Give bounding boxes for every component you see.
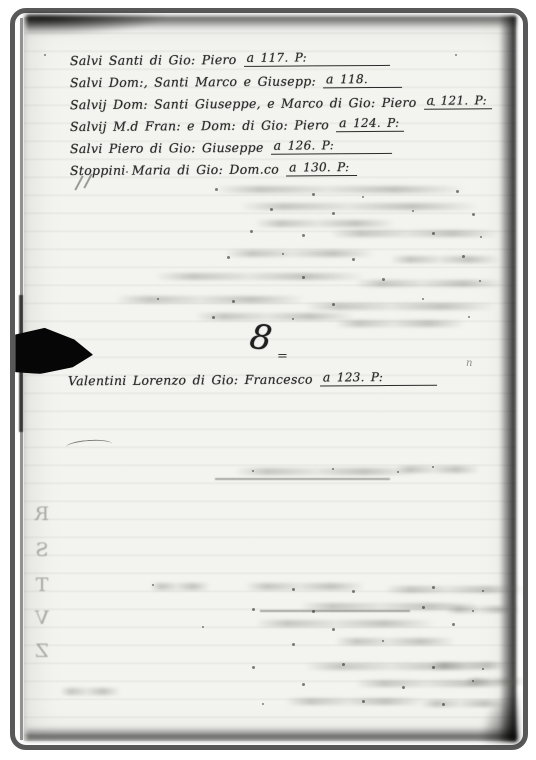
margin-tab-letter: T [32,574,52,596]
section-flourish-equals: = [277,349,288,364]
bleedthrough-smudge [245,583,365,590]
ink-speck [227,256,230,259]
bleedthrough-smudge [355,280,505,287]
ink-speck [292,318,294,320]
entry-page-ref: a 126. P: [271,137,339,154]
bleedthrough-smudge [215,186,465,193]
ink-speck [215,188,218,191]
ink-speck [332,303,335,306]
ink-speck [402,686,405,689]
bleedthrough-smudge [240,203,480,210]
ink-speck [352,590,355,593]
entry-number: 123. P: [337,370,383,384]
ink-speck [456,190,459,193]
entry-number: 117. P: [261,50,307,64]
entry-page-ref: a 121. P: [423,92,491,109]
ink-speck [302,683,305,686]
bleedthrough-smudge [225,250,375,257]
entry-name: Stoppini Maria di Gio: Dom.co [70,161,286,178]
ink-speck [412,210,414,212]
ink-speck [452,623,455,626]
register-entry: Salvij M.d Fran: e Dom: di Gio: Piero a … [70,115,372,134]
bleedthrough-smudge [155,273,365,280]
bleedthrough-smudge [465,678,525,685]
entry-page-ref: a 118. [323,71,373,88]
ink-speck [352,258,355,261]
entry-a: a [326,71,334,86]
ink-speck [472,680,474,682]
bleedthrough-line [215,478,390,480]
entry-number: 124. P: [353,116,399,130]
ink-speck [282,253,284,255]
ink-speck [250,230,253,233]
ink-speck [432,666,435,669]
entry-name: Salvi Piero di Gio: Giuseppe [70,140,271,156]
binding-dark-segment [19,372,23,432]
bleedthrough-smudge [255,220,395,227]
entry-number: 121. P: [441,93,487,107]
bleedthrough-smudge [255,620,435,627]
ink-speck [432,232,435,235]
ink-speck [472,610,474,612]
ink-speck [292,588,295,591]
ink-speck [468,316,470,318]
ink-speck [232,300,235,303]
entry-rule-line [354,175,357,176]
ink-speck [362,196,364,198]
entry-name: Salvij Dom: Santi Giuseppe, e Marco di G… [70,95,424,112]
bleedthrough-smudge [60,688,120,695]
bleedthrough-smudge [335,320,465,327]
register-entry: Salvi Piero di Gio: Giuseppe a 126. P: [70,137,392,156]
ink-speck [292,643,295,646]
ink-speck [212,316,215,319]
scanned-manuscript-page: Salvi Santi di Gio: Piero a 117. P: Salv… [0,0,536,760]
ink-speck [332,628,335,631]
entry-page-ref: a 117. P: [244,49,312,66]
stray-ink-mark: n [466,358,472,369]
entry-page-ref: a 130. P: [286,159,354,176]
ink-speck [312,610,315,613]
ink-speck [252,608,255,611]
bleedthrough-smudge [195,313,355,320]
ink-speck [479,280,481,282]
ink-speck [442,703,445,706]
entry-a: a [323,369,331,384]
ink-speck [432,586,435,589]
ink-speck [202,626,204,628]
bleedthrough-line [260,610,410,612]
ink-speck [362,700,365,703]
entry-name: Salvij M.d Fran: e Dom: di Gio: Piero [70,117,336,134]
bleedthrough-smudge [330,230,500,237]
ink-speck [397,471,399,473]
ink-speck [152,584,154,586]
register-entry: Salvi Dom:, Santi Marco e Giusepp: a 118… [70,71,402,90]
ink-speck [342,663,345,666]
bleedthrough-smudge [430,662,510,669]
ink-speck [44,54,46,56]
bleedthrough-smudge [420,700,510,707]
binding-dark-segment [19,295,23,335]
ink-speck [482,668,484,670]
bleedthrough-smudge [335,638,455,645]
ink-speck [462,255,465,258]
bleedthrough-smudge [285,698,425,705]
ink-speck [262,703,264,705]
entry-number: 126. P: [288,138,334,152]
entry-a: a [339,115,347,130]
bleedthrough-smudge [395,466,480,473]
margin-tab-letter: V [32,607,52,629]
ink-speck [312,193,315,196]
margin-tab-letter: S [32,539,52,561]
ink-speck [482,590,484,592]
ink-speck [432,466,434,468]
bleedthrough-smudge [385,586,525,593]
entry-name: Salvi Dom:, Santi Marco e Giusepp: [70,73,323,90]
ink-speck [302,234,305,237]
margin-tab-letter: Z [32,640,52,662]
ink-speck [382,278,385,281]
entry-name: Valentini Lorenzo di Gio: Francesco [68,372,320,389]
ink-speck [480,236,482,238]
entry-a: a [274,138,282,153]
ink-speck [422,606,425,609]
register-entry: Valentini Lorenzo di Gio: Francesco a 12… [68,369,437,389]
ink-speck [455,54,457,56]
ink-speck [332,468,334,470]
ink-speck [382,640,384,642]
bleedthrough-smudge [115,296,305,303]
entry-page-ref: a 124. P: [336,115,404,132]
ink-speck [270,208,273,211]
register-entry: Stoppini Maria di Gio: Dom.co a 130. P: [70,159,357,178]
entry-a: a [247,50,255,65]
margin-tab-letter: R [32,503,52,525]
entry-page-ref: a 123. P: [320,369,388,386]
ink-speck [252,470,254,472]
entry-number: 130. P: [303,160,349,174]
entry-number: 118. [340,72,368,86]
ink-speck [302,276,305,279]
register-entry: Salvij Dom: Santi Giuseppe, e Marco di G… [70,93,422,112]
register-entry: Salvi Santi di Gio: Piero a 117. P: [70,49,390,68]
bleedthrough-smudge [235,468,415,475]
bleedthrough-smudge [390,256,500,263]
ink-speck [252,666,255,669]
ink-speck [472,213,475,216]
bleedthrough-smudge [445,606,520,613]
bleedthrough-smudge [150,583,210,590]
entry-a: a [426,93,434,108]
entry-a: a [289,159,297,174]
ink-speck [422,298,424,300]
entry-name: Salvi Santi di Gio: Piero [70,52,244,68]
ink-speck [157,298,159,300]
entry-rule-line [373,87,402,88]
ink-speck [332,212,335,215]
